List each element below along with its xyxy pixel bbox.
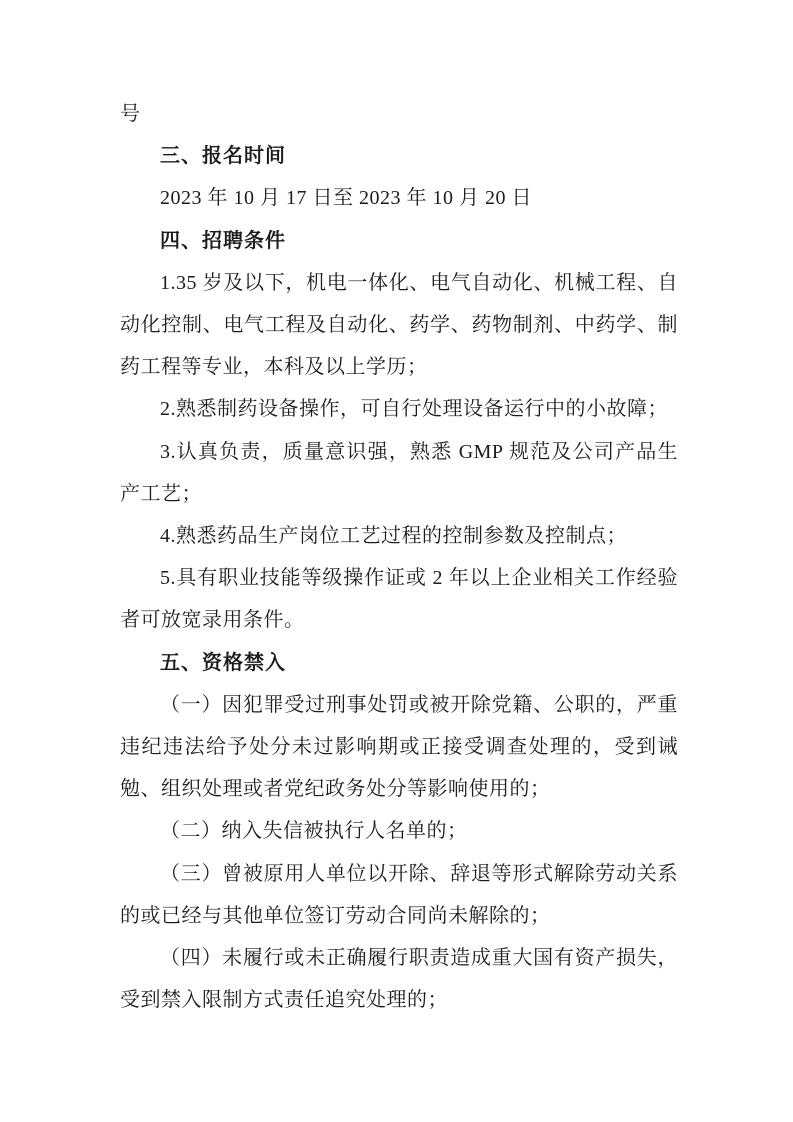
- paragraph-condition-1: 1.35 岁及以下，机电一体化、电气自动化、机械工程、自动化控制、电气工程及自动…: [120, 262, 678, 389]
- document-content: 号 三、报名时间 2023 年 10 月 17 日至 2023 年 10 月 2…: [120, 93, 678, 1021]
- paragraph-registration-dates: 2023 年 10 月 17 日至 2023 年 10 月 20 日: [120, 177, 678, 219]
- paragraph-prohibition-2: （二）纳入失信被执行人名单的；: [120, 810, 678, 852]
- paragraph-prohibition-4: （四）未履行或未正确履行职责造成重大国有资产损失，受到禁入限制方式责任追究处理的…: [120, 937, 678, 1021]
- paragraph-prohibition-3: （三）曾被原用人单位以开除、辞退等形式解除劳动关系的或已经与其他单位签订劳动合同…: [120, 853, 678, 937]
- section-heading-qualification-prohibitions: 五、资格禁入: [120, 642, 678, 684]
- continuation-text: 号: [120, 93, 678, 135]
- paragraph-condition-4: 4.熟悉药品生产岗位工艺过程的控制参数及控制点；: [120, 515, 678, 557]
- paragraph-condition-2: 2.熟悉制药设备操作，可自行处理设备运行中的小故障；: [120, 388, 678, 430]
- section-heading-registration-time: 三、报名时间: [120, 135, 678, 177]
- paragraph-condition-5: 5.具有职业技能等级操作证或 2 年以上企业相关工作经验者可放宽录用条件。: [120, 557, 678, 641]
- paragraph-prohibition-1: （一）因犯罪受过刑事处罚或被开除党籍、公职的，严重违纪违法给予处分未过影响期或正…: [120, 684, 678, 811]
- section-heading-recruitment-conditions: 四、招聘条件: [120, 220, 678, 262]
- paragraph-condition-3: 3.认真负责，质量意识强，熟悉 GMP 规范及公司产品生产工艺；: [120, 431, 678, 515]
- document-page: 号 三、报名时间 2023 年 10 月 17 日至 2023 年 10 月 2…: [0, 0, 793, 1122]
